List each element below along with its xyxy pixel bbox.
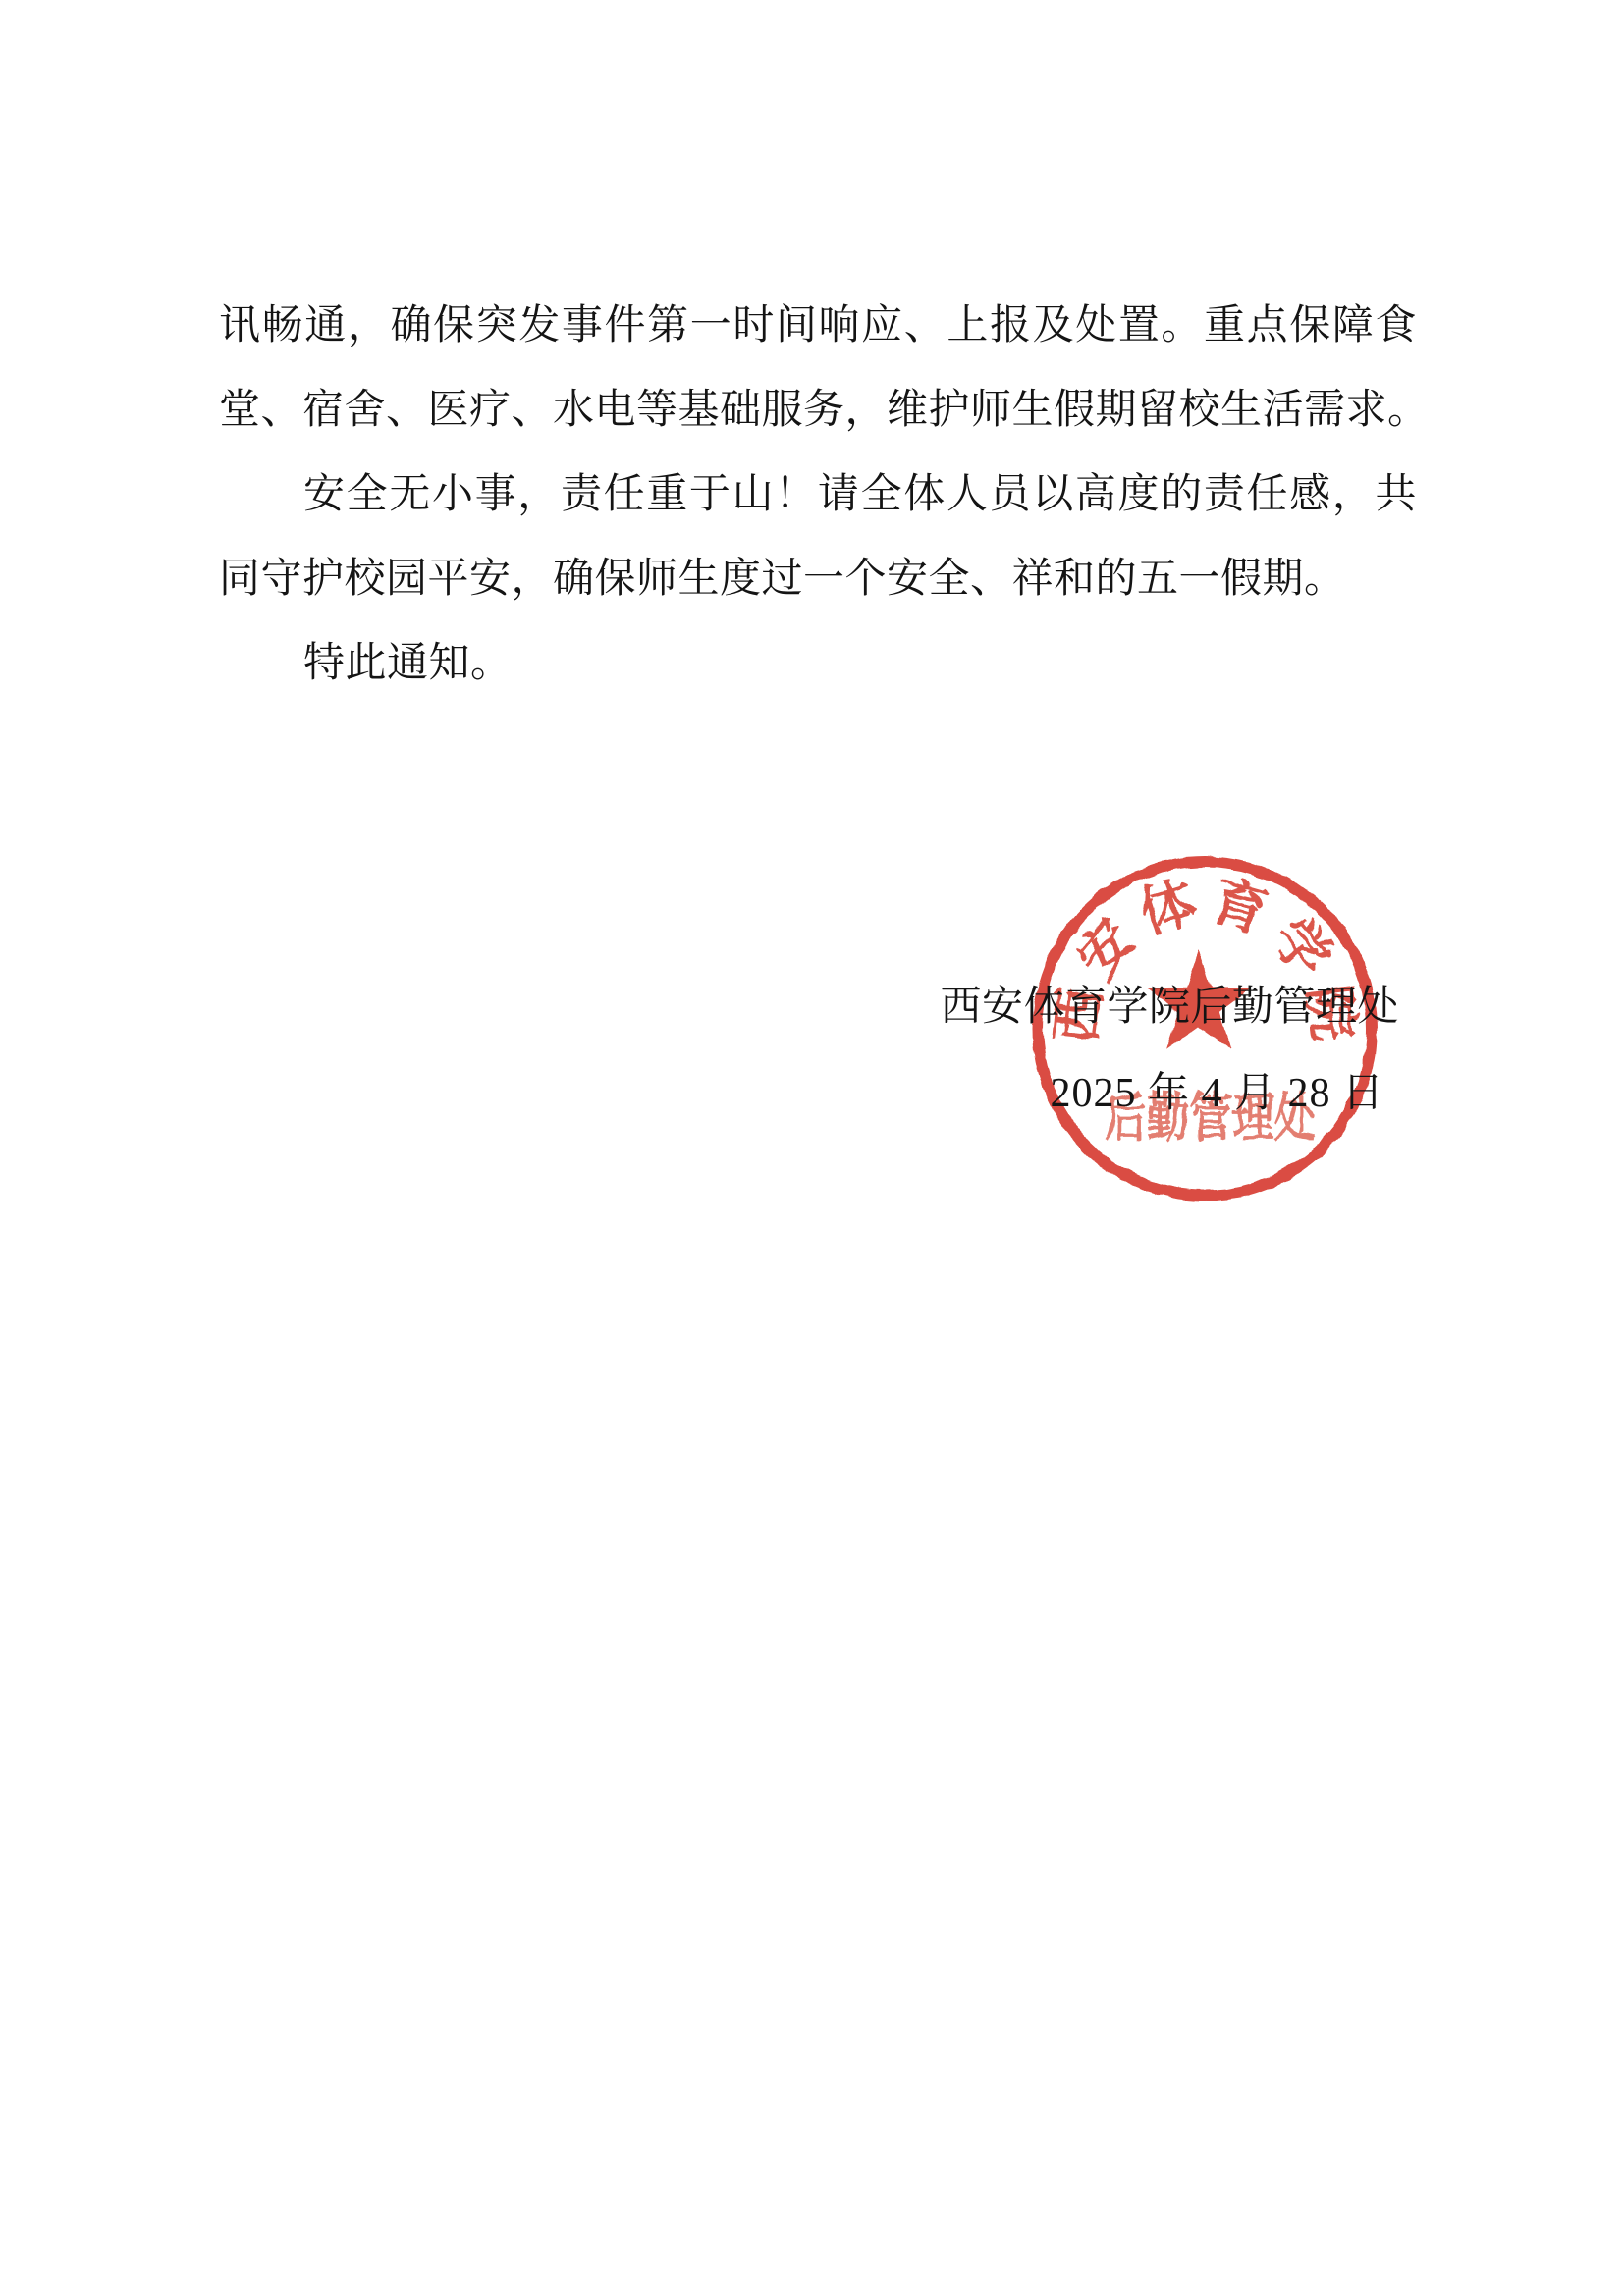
text-layer: 讯畅通，确保突发事件第一时间响应、上报及处置。重点保障食 堂、宿舍、医疗、水电等… xyxy=(0,0,1624,2296)
body-text-line: 讯畅通，确保突发事件第一时间响应、上报及处置。重点保障食 xyxy=(219,284,1417,368)
body-text-line: 同守护校园平安，确保师生度过一个安全、祥和的五一假期。 xyxy=(219,537,1417,621)
body-text-line: 特此通知。 xyxy=(219,621,1417,706)
document-page: 西 安 体 育 学 院 后勤管理处 讯畅通，确保突发事件第一时间响应、上报及处置… xyxy=(0,0,1624,2296)
signature-line: 西安体育学院后勤管理处 xyxy=(940,985,1399,1030)
body-text-line: 安全无小事，责任重于山！请全体人员以高度的责任感，共 xyxy=(219,453,1417,537)
notice-body: 讯畅通，确保突发事件第一时间响应、上报及处置。重点保障食 堂、宿舍、医疗、水电等… xyxy=(219,284,1417,706)
date-line: 2025 年 4 月 28 日 xyxy=(1050,1071,1384,1116)
body-text-line: 堂、宿舍、医疗、水电等基础服务，维护师生假期留校生活需求。 xyxy=(219,368,1417,453)
